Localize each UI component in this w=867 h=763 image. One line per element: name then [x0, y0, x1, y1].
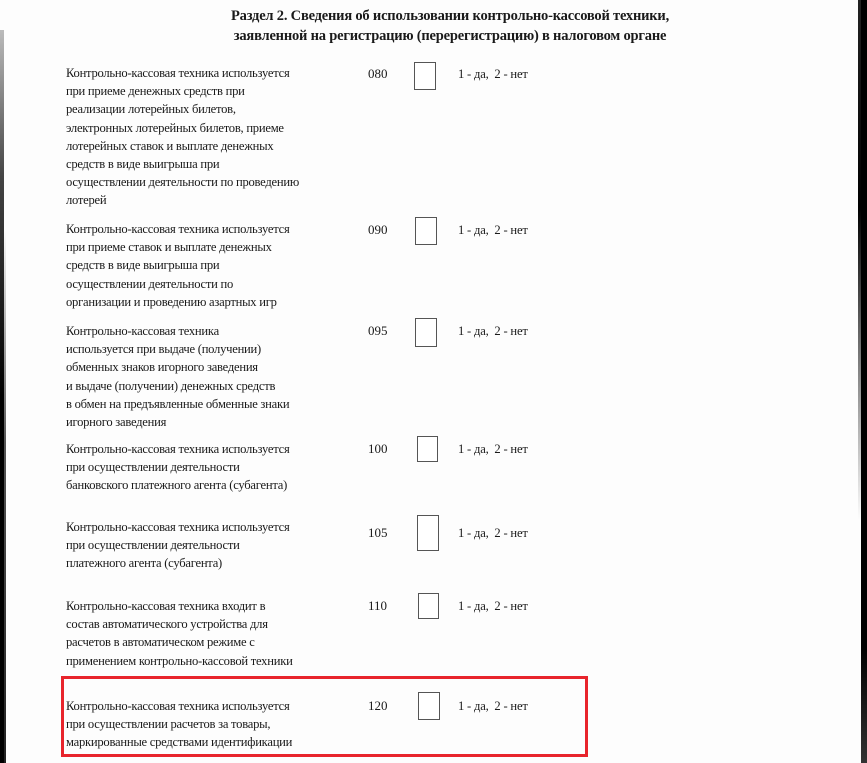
highlight-frame [61, 676, 588, 757]
section-title-line-2: заявленной на регистрацию (перерегистрац… [150, 26, 750, 46]
description-line: реализации лотерейных билетов, [66, 100, 346, 118]
description-line: организации и проведению азартных игр [66, 293, 346, 311]
scan-edge-right [861, 0, 867, 763]
answer-hint: 1 - да, 2 - нет [458, 597, 528, 615]
description-line: осуществлении деятельности по [66, 275, 346, 293]
answer-hint: 1 - да, 2 - нет [458, 221, 528, 239]
description-line: лотерей [66, 191, 346, 209]
answer-input-105[interactable] [417, 515, 439, 551]
field-code: 095 [368, 322, 388, 340]
answer-hint: 1 - да, 2 - нет [458, 440, 528, 458]
field-code: 100 [368, 440, 388, 458]
description-line: при осуществлении деятельности [66, 536, 346, 554]
field-description: Контрольно-кассовая техника входит в сос… [66, 597, 346, 670]
description-line: в обмен на предъявленные обменные знаки [66, 395, 346, 413]
field-description: Контрольно-кассовая техника используется… [66, 440, 346, 495]
description-line: при приеме ставок и выплате денежных [66, 238, 346, 256]
answer-input-100[interactable] [417, 436, 438, 462]
description-line: лотерейных ставок и выплате денежных [66, 137, 346, 155]
description-line: Контрольно-кассовая техника используется [66, 518, 346, 536]
field-code: 080 [368, 65, 388, 83]
field-description: Контрольно-кассовая техника используется… [66, 220, 346, 311]
section-title-line-1: Раздел 2. Сведения об использовании конт… [150, 6, 750, 26]
description-line: игорного заведения [66, 413, 346, 431]
description-line: электронных лотерейных билетов, приеме [66, 119, 346, 137]
answer-input-090[interactable] [415, 217, 437, 245]
answer-input-080[interactable] [414, 62, 436, 90]
answer-input-110[interactable] [418, 593, 439, 619]
answer-hint: 1 - да, 2 - нет [458, 322, 528, 340]
section-title: Раздел 2. Сведения об использовании конт… [150, 6, 750, 46]
description-line: Контрольно-кассовая техника [66, 322, 346, 340]
description-line: расчетов в автоматическом режиме с [66, 633, 346, 651]
answer-hint: 1 - да, 2 - нет [458, 65, 528, 83]
description-line: Контрольно-кассовая техника используется [66, 64, 346, 82]
description-line: осуществлении деятельности по проведению [66, 173, 346, 191]
description-line: применением контрольно-кассовой техники [66, 652, 346, 670]
field-description: Контрольно-кассовая техника используется… [66, 518, 346, 573]
answer-input-095[interactable] [415, 318, 437, 347]
description-line: используется при выдаче (получении) [66, 340, 346, 358]
description-line: Контрольно-кассовая техника используется [66, 440, 346, 458]
description-line: состав автоматического устройства для [66, 615, 346, 633]
field-code: 110 [368, 597, 387, 615]
field-description: Контрольно-кассовая техника используется… [66, 64, 346, 210]
description-line: при осуществлении деятельности [66, 458, 346, 476]
description-line: обменных знаков игорного заведения [66, 358, 346, 376]
field-code: 090 [368, 221, 388, 239]
answer-hint: 1 - да, 2 - нет [458, 524, 528, 542]
description-line: Контрольно-кассовая техника используется [66, 220, 346, 238]
description-line: средств в виде выигрыша при [66, 256, 346, 274]
description-line: средств в виде выигрыша при [66, 155, 346, 173]
field-code: 105 [368, 524, 388, 542]
description-line: и выдаче (получении) денежных средств [66, 377, 346, 395]
description-line: при приеме денежных средств при [66, 82, 346, 100]
description-line: банковского платежного агента (субагента… [66, 476, 346, 494]
field-description: Контрольно-кассовая техника используется… [66, 322, 346, 431]
scan-edge-left-shadow [4, 230, 6, 763]
description-line: платежного агента (субагента) [66, 554, 346, 572]
scan-edge-right-shadow [858, 0, 861, 520]
description-line: Контрольно-кассовая техника входит в [66, 597, 346, 615]
